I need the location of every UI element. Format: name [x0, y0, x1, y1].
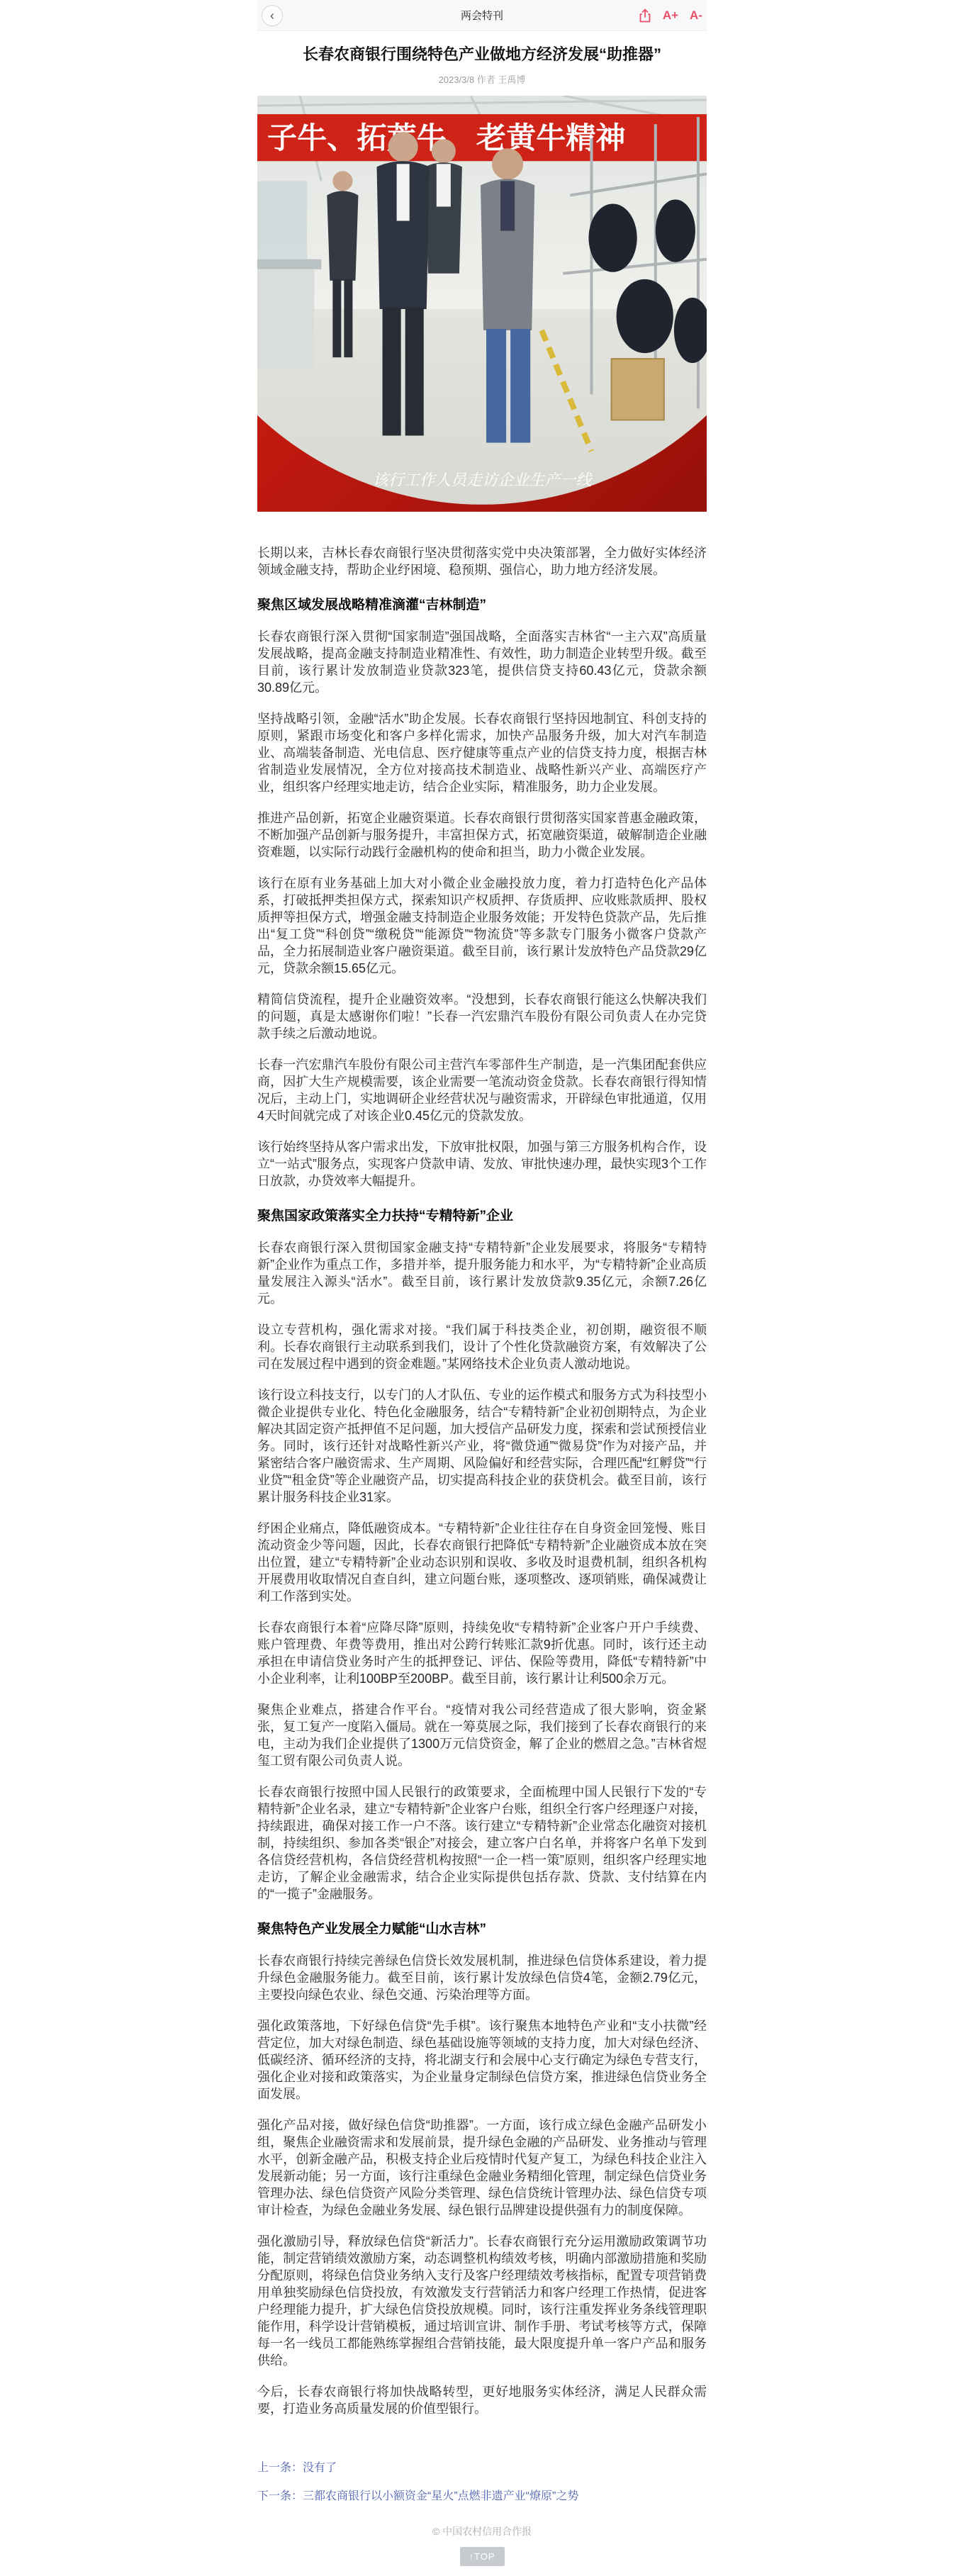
factory-visit-photo: 子牛、拓荒牛、老黄牛精神	[257, 96, 707, 512]
article-paragraph: 推进产品创新，拓宽企业融资渠道。长春农商银行贯彻落实国家普惠金融政策，不断加强产…	[257, 810, 707, 861]
prev-article-row: 上一条：没有了	[257, 2458, 707, 2475]
section-heading: 聚焦国家政策落实全力扶持“专精特新”企业	[257, 1208, 707, 1225]
article-paragraph: 精简信贷流程，提升企业融资效率。“没想到，长春农商银行能这么快解决我们的问题，真…	[257, 991, 707, 1042]
article-nav: 上一条：没有了 下一条：三都农商银行以小额资金“星火”点燃非遗产业“燎原”之势	[257, 2458, 707, 2503]
article-paragraph: 强化政策落地，下好绿色信贷“先手棋”。该行聚焦本地特色产业和“支小扶微”经营定位…	[257, 2017, 707, 2102]
share-icon[interactable]	[639, 9, 651, 23]
article-paragraph: 长春一汽宏鼎汽车股份有限公司主营汽车零部件生产制造，是一汽集团配套供应商，因扩大…	[257, 1056, 707, 1124]
banner: 子牛、拓荒牛、老黄牛精神	[257, 114, 707, 161]
article-paragraph: 长春农商银行本着“应降尽降”原则，持续免收“专精特新”企业客户开户手续费、账户管…	[257, 1619, 707, 1687]
article-paragraph: 长春农商银行持续完善绿色信贷长效发展机制，推进绿色信贷体系建设，着力提升绿色金融…	[257, 1952, 707, 2003]
article-paragraph: 长春农商银行深入贯彻国家金融支持“专精特新”企业发展要求，将服务“专精特新”企业…	[257, 1239, 707, 1307]
article-page: ‹ 两会特刊 A+ A- 长春农商银行围绕特色产业做地方经济发展“助推器” 20…	[257, 0, 707, 2576]
font-increase-button[interactable]: A+	[663, 9, 678, 21]
article-paragraph: 长春农商银行深入贯彻“国家制造”强国战略，全面落实吉林省“一主六双”高质量发展战…	[257, 628, 707, 696]
article-body: 长期以来，吉林长春农商银行坚决贯彻落实党中央决策部署，全力做好实体经济领域金融支…	[257, 544, 707, 2417]
article-paragraph: 长春农商银行按照中国人民银行的政策要求，全面梳理中国人民银行下发的“专精特新”企…	[257, 1783, 707, 1903]
next-article-link[interactable]: 三都农商银行以小额资金“星火”点燃非遗产业“燎原”之势	[303, 2490, 578, 2502]
photo-caption: 该行工作人员走访企业生产一线	[373, 471, 593, 489]
back-to-top-button[interactable]: ↑TOP	[460, 2547, 505, 2566]
copyright-text: © 中国农村信用合作报	[257, 2524, 707, 2538]
article-paragraph: 设立专营机构，强化需求对接。“我们属于科技类企业，初创期，融资很不顺利。长春农商…	[257, 1321, 707, 1372]
article-paragraph: 该行设立科技支行，以专门的人才队伍、专业的运作模式和服务方式为科技型小微企业提供…	[257, 1387, 707, 1506]
article-meta: 2023/3/8 作者 王禹博	[257, 72, 707, 86]
page-title: 长春农商银行围绕特色产业做地方经济发展“助推器”	[260, 44, 704, 65]
article-paragraph: 纾困企业痛点，降低融资成本。“专精特新”企业往往存在自身资金回笼慢、账目流动资金…	[257, 1520, 707, 1605]
article-paragraph: 强化产品对接，做好绿色信贷“助推器”。一方面，该行成立绿色金融产品研发小组，聚焦…	[257, 2117, 707, 2219]
prev-article-label: 上一条：	[257, 2462, 303, 2474]
topbar-actions: A+ A-	[639, 9, 702, 23]
next-article-label: 下一条：	[257, 2490, 303, 2502]
article-paragraph: 该行始终坚持从客户需求出发，下放审批权限，加强与第三方服务机构合作，设立“一站式…	[257, 1138, 707, 1189]
prev-article-text: 没有了	[303, 2462, 337, 2474]
topbar: ‹ 两会特刊 A+ A-	[257, 0, 707, 31]
article-paragraph: 该行在原有业务基础上加大对小微企业金融投放力度，着力打造特色化产品体系，打破抵押…	[257, 875, 707, 977]
article-paragraph: 聚焦企业难点，搭建合作平台。“疫情对我公司经营造成了很大影响，资金紧张，复工复产…	[257, 1701, 707, 1769]
cardboard-box	[612, 359, 664, 420]
article-paragraph: 长期以来，吉林长春农商银行坚决贯彻落实党中央决策部署，全力做好实体经济领域金融支…	[257, 544, 707, 578]
article-paragraph: 坚持战略引领，金融“活水”助企发展。长春农商银行坚持因地制宜、科创支持的原则，紧…	[257, 710, 707, 795]
article-paragraph: 今后，长春农商银行将加快战略转型，更好地服务实体经济，满足人民群众需要，打造业务…	[257, 2383, 707, 2417]
article-photo: 子牛、拓荒牛、老黄牛精神	[257, 96, 707, 512]
article-paragraph: 强化激励引导，释放绿色信贷“新活力”。长春农商银行充分运用激励政策调节功能，制定…	[257, 2233, 707, 2369]
section-heading: 聚焦区域发展战略精准滴灌“吉林制造”	[257, 597, 707, 614]
font-decrease-button[interactable]: A-	[690, 9, 702, 21]
back-button[interactable]: ‹	[262, 5, 283, 26]
section-heading: 聚焦特色产业发展全力赋能“山水吉林”	[257, 1921, 707, 1938]
back-chevron-icon: ‹	[270, 9, 274, 22]
page-footer: © 中国农村信用合作报 ↑TOP	[257, 2524, 707, 2576]
next-article-row: 下一条：三都农商银行以小额资金“星火”点燃非遗产业“燎原”之势	[257, 2487, 707, 2503]
